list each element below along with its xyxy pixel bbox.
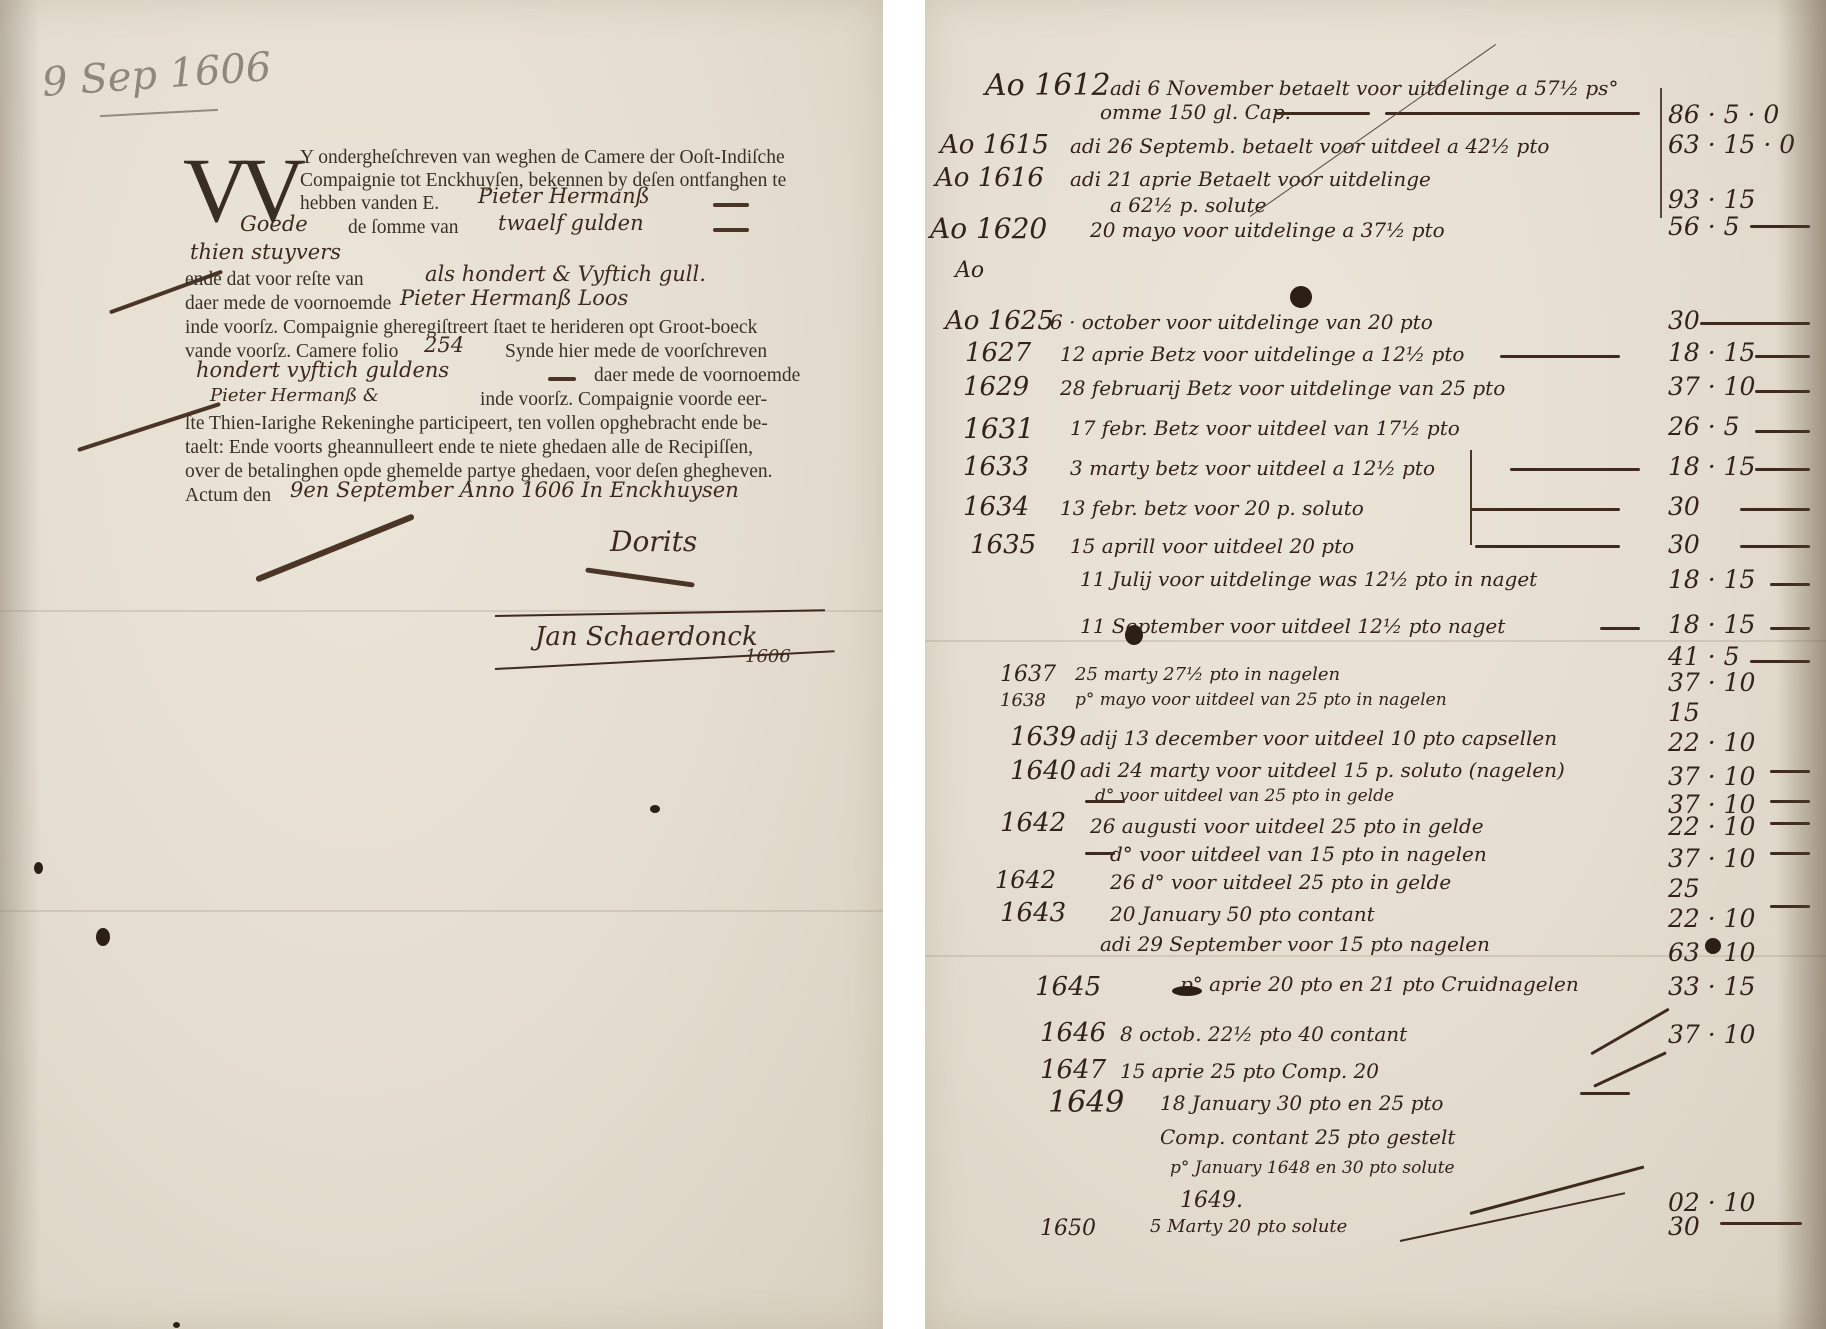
ledger-year: 1649 <box>1048 1085 1124 1120</box>
ledger-rule <box>1500 355 1620 358</box>
ledger-amount: 26 · 5 <box>1668 412 1740 441</box>
ledger-year: 1642 <box>1000 808 1066 838</box>
ledger-rule <box>1593 1051 1667 1088</box>
ledger-desc: 26 augusti voor uitdeel 25 pto in gelde <box>1090 814 1484 838</box>
ledger-desc: adi 21 aprie Betaelt voor uitdelinge <box>1070 167 1431 191</box>
ledger-amount: 30 <box>1668 1212 1700 1241</box>
ledger-amount: 86 · 5 · 0 <box>1668 100 1779 129</box>
ledger-year: 1633 <box>963 452 1029 482</box>
ledger-desc: 3 marty betz voor uitdeel a 12½ pto <box>1070 456 1435 480</box>
ledger-desc: 8 octob. 22½ pto 40 contant <box>1120 1022 1407 1046</box>
ledger-rule <box>1755 430 1810 433</box>
ledger-rule <box>1750 225 1810 228</box>
ledger-desc: 17 febr. Betz voor uitdeel van 17½ pto <box>1070 416 1460 440</box>
ledger-desc-cont: a 62½ p. solute <box>1110 193 1266 217</box>
ledger-rule <box>1740 545 1810 548</box>
ledger-year: Ao 1616 <box>935 163 1044 193</box>
ledger-amount: 56 · 5 <box>1668 212 1740 241</box>
ledger-amount: 41 · 5 <box>1668 642 1740 671</box>
ledger-year: Ao 1612 <box>985 68 1111 103</box>
ledger-rule <box>1700 322 1810 325</box>
ledger-desc: adi 24 marty voor uitdeel 15 p. soluto (… <box>1080 758 1565 782</box>
ledger-desc: 26 d° voor uitdeel 25 pto in gelde <box>1110 870 1451 894</box>
ledger-desc: 6 · october voor uitdelinge van 20 pto <box>1050 310 1433 334</box>
ledger-desc: 11 September voor uitdeel 12½ pto naget <box>1080 614 1505 638</box>
ledger-amount: 33 · 15 <box>1668 972 1755 1001</box>
ledger-desc: 13 febr. betz voor 20 p. soluto <box>1060 496 1364 520</box>
ledger-rule <box>1755 468 1810 471</box>
ledger-year: 1642 <box>995 866 1056 894</box>
ledger-desc: adij 13 december voor uitdeel 10 pto cap… <box>1080 726 1557 750</box>
ledger-year: Ao 1615 <box>940 130 1049 160</box>
ledger-amount: 18 · 15 <box>1668 610 1755 639</box>
ledger-desc: adi 6 November betaelt voor uitdelinge a… <box>1110 76 1618 100</box>
ledger-year: Ao 1620 <box>930 212 1047 245</box>
ledger-year: 1643 <box>1000 898 1066 928</box>
ledger-year: 1645 <box>1035 972 1101 1002</box>
ink-blot <box>1705 938 1721 954</box>
ledger-amount: 37 · 10 <box>1668 1020 1755 1049</box>
ledger-rule <box>1770 822 1810 825</box>
ledger-desc: 18 January 30 pto en 25 pto <box>1160 1091 1443 1115</box>
ledger-rule <box>1600 627 1640 630</box>
ledger-amount: 22 · 10 <box>1668 812 1755 841</box>
ledger-year: 1631 <box>963 412 1034 445</box>
ledger-rule <box>1740 508 1810 511</box>
ledger-amount: 25 <box>1668 874 1700 903</box>
ledger-year: 1640 <box>1010 756 1076 786</box>
ledger-amount: 93 · 15 <box>1668 185 1755 214</box>
ledger-desc: 28 februarij Betz voor uitdelinge van 25… <box>1060 376 1505 400</box>
ledger-amount: 30 <box>1668 530 1700 559</box>
ledger-desc: 25 marty 27½ pto in nagelen <box>1075 664 1340 685</box>
ledger-rule <box>1085 852 1115 855</box>
ledger-rule <box>1590 1008 1669 1056</box>
ledger-amount: 15 <box>1668 698 1700 727</box>
ledger-table: Ao 1612 adi 6 November betaelt voor uitd… <box>0 0 1826 1329</box>
ledger-year: Ao <box>955 258 984 283</box>
ledger-rule <box>1770 770 1810 773</box>
ledger-year: 1627 <box>965 338 1031 368</box>
ledger-desc: 20 January 50 pto contant <box>1110 902 1375 926</box>
ledger-amount: 30 <box>1668 492 1700 521</box>
ledger-rule <box>1385 112 1640 115</box>
ledger-rule <box>1770 583 1810 586</box>
ledger-desc: d° voor uitdeel van 25 pto in gelde <box>1095 786 1394 806</box>
ledger-rule <box>1580 1092 1630 1095</box>
ledger-year: 1629 <box>963 372 1029 402</box>
ledger-desc: 11 Julij voor uitdelinge was 12½ pto in … <box>1080 567 1537 591</box>
ledger-year: 1634 <box>963 492 1029 522</box>
ledger-amount: 22 · 10 <box>1668 728 1755 757</box>
ledger-amount: 18 · 15 <box>1668 565 1755 594</box>
ledger-amount: 37 · 10 <box>1668 844 1755 873</box>
ledger-desc: adi 26 Septemb. betaelt voor uitdeel a 4… <box>1070 134 1549 158</box>
ledger-rule <box>1510 468 1640 471</box>
ledger-year: 1650 <box>1040 1216 1096 1241</box>
ledger-desc: 5 Marty 20 pto solute <box>1150 1216 1347 1237</box>
ink-blot <box>1286 282 1316 312</box>
ledger-rule <box>1770 905 1810 908</box>
ledger-desc-cont: omme 150 gl. Cap. <box>1100 100 1291 124</box>
ledger-amount: 30 <box>1668 306 1700 335</box>
ledger-amount: 18 · 15 <box>1668 338 1755 367</box>
ledger-rule <box>1755 355 1810 358</box>
ledger-amount: 37 · 10 <box>1668 762 1755 791</box>
ledger-rule <box>1475 545 1620 548</box>
ledger-desc: 12 aprie Betz voor uitdelinge a 12½ pto <box>1060 342 1464 366</box>
ledger-vertical-rule <box>1470 450 1472 545</box>
ledger-rule <box>1720 1222 1802 1225</box>
ledger-year: 1637 <box>1000 662 1056 687</box>
ledger-rule <box>1755 390 1810 393</box>
ledger-amount: 37 · 10 <box>1668 372 1755 401</box>
ledger-year: 1647 <box>1040 1055 1106 1085</box>
ledger-amount: 63 · 15 · 0 <box>1668 130 1795 159</box>
ledger-rule <box>1470 508 1620 511</box>
ledger-amount: 18 · 15 <box>1668 452 1755 481</box>
ledger-rule <box>1085 800 1125 803</box>
ledger-amount: 37 · 10 <box>1668 668 1755 697</box>
ledger-desc: 15 aprill voor uitdeel 20 pto <box>1070 534 1354 558</box>
ledger-desc: p° mayo voor uitdeel van 25 pto in nagel… <box>1075 690 1447 710</box>
ledger-year: 1639 <box>1010 722 1076 752</box>
ledger-vertical-rule <box>1660 88 1662 218</box>
ledger-year: 1646 <box>1040 1018 1106 1048</box>
right-page-ledger: Ao 1612 adi 6 November betaelt voor uitd… <box>925 0 1826 1329</box>
ledger-rule <box>1770 852 1810 855</box>
ledger-rule <box>1770 800 1810 803</box>
ink-blot <box>1125 625 1143 645</box>
ledger-desc: adi 29 September voor 15 pto nagelen <box>1100 932 1490 956</box>
ledger-rule <box>1770 627 1810 630</box>
ledger-desc: d° voor uitdeel van 15 pto in nagelen <box>1110 842 1487 866</box>
ledger-year: 1635 <box>970 530 1036 560</box>
ledger-desc: p° aprie 20 pto en 21 pto Cruidnagelen <box>1180 972 1579 996</box>
ledger-year: Ao 1625 <box>945 306 1054 336</box>
ledger-amount: 22 · 10 <box>1668 904 1755 933</box>
ledger-desc: 1649. <box>1180 1188 1243 1213</box>
ledger-desc: p° January 1648 en 30 pto solute <box>1170 1158 1455 1178</box>
ledger-year: 1638 <box>1000 690 1046 711</box>
ledger-rule <box>1275 112 1370 115</box>
ledger-desc: Comp. contant 25 pto gestelt <box>1160 1125 1455 1149</box>
ledger-rule <box>1750 660 1810 663</box>
ledger-desc: 15 aprie 25 pto Comp. 20 <box>1120 1059 1379 1083</box>
ledger-desc: 20 mayo voor uitdelinge a 37½ pto <box>1090 218 1445 242</box>
ink-blot <box>1172 986 1202 996</box>
